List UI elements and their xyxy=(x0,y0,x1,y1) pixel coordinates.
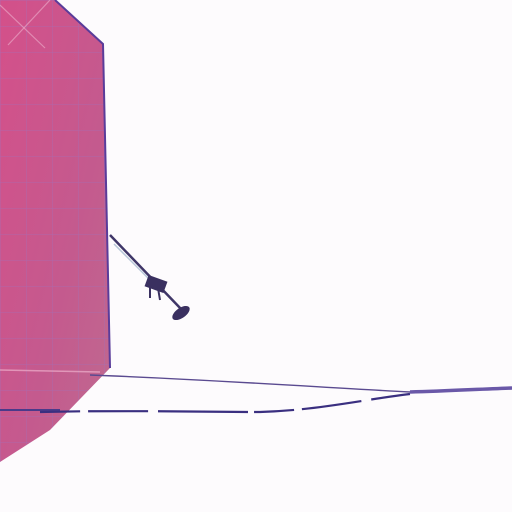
pink-panel xyxy=(0,0,110,462)
scene-drawing xyxy=(0,0,512,512)
lamp-arm xyxy=(110,235,192,323)
photo-scene xyxy=(0,0,512,512)
wires xyxy=(40,375,512,412)
